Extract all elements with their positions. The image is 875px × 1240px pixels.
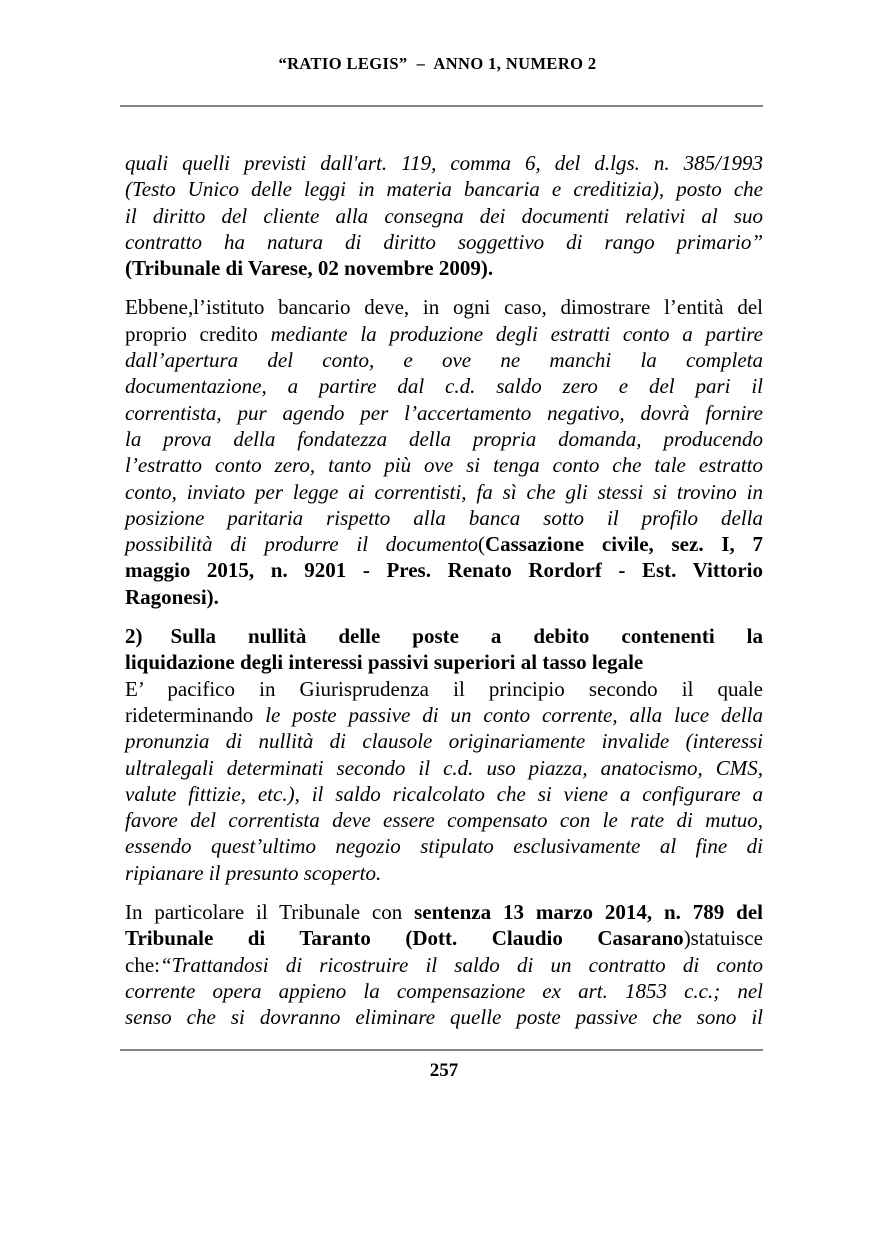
text-line: la prova della fondatezza della propria … — [125, 426, 763, 452]
text-segment: posizione paritaria rispetto alla banca … — [125, 506, 763, 530]
text-segment: Sulla nullità delle poste a debito conte… — [171, 624, 764, 648]
text-segment: Ragonesi). — [125, 585, 219, 609]
text-segment: (Testo Unico delle leggi in materia banc… — [125, 177, 763, 201]
text-segment: maggio 2015, n. 9201 - Pres. Renato Rord… — [125, 558, 763, 582]
text-segment: quali quelli previsti dall'art. 119, com… — [125, 151, 763, 175]
text-segment: sentenza 13 marzo 2014, n. 789 del — [414, 900, 763, 924]
text-line: ultralegali determinati secondo il c.d. … — [125, 755, 763, 781]
text-segment: mediante la produzione degli estratti co… — [271, 322, 763, 346]
text-segment: possibilità di produrre il documento — [125, 532, 478, 556]
text-segment: Tribunale di Taranto (Dott. Claudio Casa… — [125, 926, 684, 950]
text-line: che:“Trattandosi di ricostruire il saldo… — [125, 952, 763, 978]
text-segment: liquidazione degli interessi passivi sup… — [125, 650, 643, 674]
text-line: documentazione, a partire dal c.d. saldo… — [125, 373, 763, 399]
text-segment: )statuisce — [684, 926, 763, 950]
text-line: corrente opera appieno la compensazione … — [125, 978, 763, 1004]
text-segment: “Trattandosi di ricostruire il saldo di … — [160, 953, 763, 977]
text-line: ripianare il presunto scoperto. — [125, 860, 763, 886]
paragraph-in-particolare-tribunale-taranto: In particolare il Tribunale con sentenza… — [125, 899, 763, 1030]
footer-rule — [120, 1049, 763, 1051]
text-segment: le poste passive di un conto corrente, a… — [265, 703, 763, 727]
text-line: (Tribunale di Varese, 02 novembre 2009). — [125, 255, 763, 281]
text-line: liquidazione degli interessi passivi sup… — [125, 649, 763, 675]
text-segment: E’ pacifico in Giurisprudenza il princip… — [125, 677, 763, 701]
text-line: (Testo Unico delle leggi in materia banc… — [125, 176, 763, 202]
text-segment: proprio credito — [125, 322, 271, 346]
text-segment: valute fittizie, etc.), il saldo ricalco… — [125, 782, 763, 806]
text-segment: la prova della fondatezza della propria … — [125, 427, 763, 451]
text-segment: 2) — [125, 624, 143, 648]
text-line: il diritto del cliente alla consegna dei… — [125, 203, 763, 229]
text-line: contratto ha natura di diritto soggettiv… — [125, 229, 763, 255]
quote-paragraph-varese: quali quelli previsti dall'art. 119, com… — [125, 150, 763, 281]
text-line: senso che si dovranno eliminare quelle p… — [125, 1004, 763, 1030]
text-segment: rideterminando — [125, 703, 265, 727]
text-line: valute fittizie, etc.), il saldo ricalco… — [125, 781, 763, 807]
text-line: dall’apertura del conto, e ove ne manchi… — [125, 347, 763, 373]
paragraph-e-pacifico-giurisprudenza: E’ pacifico in Giurisprudenza il princip… — [125, 676, 763, 886]
header-rule — [120, 105, 763, 107]
text-line: correntista, pur agendo per l’accertamen… — [125, 400, 763, 426]
text-segment: In particolare il Tribunale con — [125, 900, 414, 924]
text-segment: conto, inviato per legge ai correntisti,… — [125, 480, 763, 504]
text-line: possibilità di produrre il documento(Cas… — [125, 531, 763, 557]
text-line: proprio credito mediante la produzione d… — [125, 321, 763, 347]
text-segment: dall’apertura del conto, e ove ne manchi… — [125, 348, 763, 372]
text-segment: documentazione, a partire dal c.d. saldo… — [125, 374, 763, 398]
text-line: Ragonesi). — [125, 584, 763, 610]
text-segment: corrente opera appieno la compensazione … — [125, 979, 763, 1003]
text-line: Tribunale di Taranto (Dott. Claudio Casa… — [125, 925, 763, 951]
text-line: posizione paritaria rispetto alla banca … — [125, 505, 763, 531]
text-line: essendo quest’ultimo negozio stipulato e… — [125, 833, 763, 859]
text-segment: senso che si dovranno eliminare quelle p… — [125, 1005, 763, 1029]
text-segment: ripianare il presunto scoperto. — [125, 861, 381, 885]
document-page: “RATIO LEGIS” – ANNO 1, NUMERO 2 quali q… — [0, 0, 875, 1240]
text-line: conto, inviato per legge ai correntisti,… — [125, 479, 763, 505]
text-line: quali quelli previsti dall'art. 119, com… — [125, 150, 763, 176]
text-segment: essendo quest’ultimo negozio stipulato e… — [125, 834, 763, 858]
text-line: In particolare il Tribunale con sentenza… — [125, 899, 763, 925]
text-line: l’estratto conto zero, tanto più ove si … — [125, 452, 763, 478]
paragraph-ebbene-istituto-bancario: Ebbene,l’istituto bancario deve, in ogni… — [125, 294, 763, 610]
text-segment: il diritto del cliente alla consegna dei… — [125, 204, 763, 228]
text-line: E’ pacifico in Giurisprudenza il princip… — [125, 676, 763, 702]
text-segment: correntista, pur agendo per l’accertamen… — [125, 401, 763, 425]
text-line: favore del correntista deve essere compe… — [125, 807, 763, 833]
text-line: 2)Sulla nullità delle poste a debito con… — [125, 623, 763, 649]
text-line: Ebbene,l’istituto bancario deve, in ogni… — [125, 294, 763, 320]
text-line: pronunzia di nullità di clausole origina… — [125, 728, 763, 754]
text-segment: (Tribunale di Varese, 02 novembre 2009). — [125, 256, 493, 280]
text-segment: ultralegali determinati secondo il c.d. … — [125, 756, 763, 780]
section-heading-2-nullita-poste-a-debito: 2)Sulla nullità delle poste a debito con… — [125, 623, 763, 676]
text-line: maggio 2015, n. 9201 - Pres. Renato Rord… — [125, 557, 763, 583]
text-segment: Ebbene,l’istituto bancario deve, in ogni… — [125, 295, 763, 319]
text-line: rideterminando le poste passive di un co… — [125, 702, 763, 728]
text-segment: l’estratto conto zero, tanto più ove si … — [125, 453, 763, 477]
text-segment: contratto ha natura di diritto soggettiv… — [125, 230, 763, 254]
journal-header-title: “RATIO LEGIS” – ANNO 1, NUMERO 2 — [0, 54, 875, 74]
text-segment: pronunzia di nullità di clausole origina… — [125, 729, 763, 753]
text-segment: ( — [478, 532, 485, 556]
text-segment: favore del correntista deve essere compe… — [125, 808, 763, 832]
text-segment: Cassazione civile, sez. I, 7 — [485, 532, 763, 556]
page-number: 257 — [125, 1060, 763, 1082]
text-segment: che: — [125, 953, 160, 977]
document-body: quali quelli previsti dall'art. 119, com… — [125, 150, 763, 1044]
